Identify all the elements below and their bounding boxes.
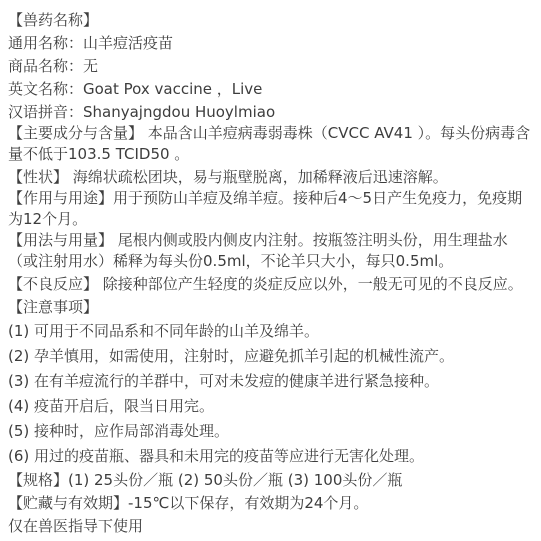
line-storage-expiry: 【贮藏与有效期】-15℃以下保存，有效期为24个月。 [8, 492, 536, 515]
line-precaution-4: (4) 疫苗开启后，限当日用完。 [8, 394, 536, 419]
line-precaution-2: (2) 孕羊慎用，如需使用，注射时，应避免抓羊引起的机械性流产。 [8, 344, 536, 369]
drug-leaflet-document: 【兽药名称】 通用名称：山羊痘活疫苗 商品名称：无 英文名称：Goat Pox … [0, 0, 541, 541]
line-precautions-header: 【注意事项】 [8, 296, 536, 319]
line-pinyin-name: 汉语拼音：Shanyajngdou Huoylmiao [8, 101, 536, 124]
line-trade-name: 商品名称：无 [8, 55, 536, 78]
line-precaution-3: (3) 在有羊痘流行的羊群中，可对未发痘的健康羊进行紧急接种。 [8, 369, 536, 394]
line-dosage-1: 【用法与用量】 尾根内侧或股内侧皮内注射。按瓶签注明头份，用生理盐水 [8, 231, 536, 250]
line-precaution-1: (1) 可用于不同品系和不同年龄的山羊及绵羊。 [8, 319, 536, 344]
line-english-name: 英文名称：Goat Pox vaccine ，Live [8, 78, 536, 101]
line-composition-2: 量不低于103.5 TCID50 。 [8, 143, 536, 166]
line-indications-1: 【作用与用途】用于预防山羊痘及绵羊痘。接种后4～5日产生免疫力，免疫期 [8, 189, 536, 208]
line-vet-guidance-note: 仅在兽医指导下使用 [8, 515, 536, 538]
line-precaution-6: (6) 用过的疫苗瓶、器具和未用完的疫苗等应进行无害化处理。 [8, 444, 536, 469]
line-adverse-reactions: 【不良反应】 除接种部位产生轻度的炎症反应以外，一般无可见的不良反应。 [8, 273, 536, 296]
line-indications-2: 为12个月。 [8, 208, 536, 231]
line-generic-name: 通用名称：山羊痘活疫苗 [8, 32, 536, 55]
line-dosage-2: （或注射用水）稀释为每头份0.5ml，不论羊只大小，每只0.5ml。 [8, 250, 536, 273]
line-specifications: 【规格】(1) 25头份／瓶 (2) 50头份／瓶 (3) 100头份／瓶 [8, 469, 536, 492]
line-precaution-5: (5) 接种时，应作局部消毒处理。 [8, 419, 536, 444]
line-properties: 【性状】 海绵状疏松团块，易与瓶壁脱离，加稀释液后迅速溶解。 [8, 166, 536, 189]
line-drug-name-header: 【兽药名称】 [8, 9, 536, 32]
line-composition-1: 【主要成分与含量】 本品含山羊痘病毒弱毒株（CVCC AV41 ）。每头份病毒含 [8, 124, 536, 143]
